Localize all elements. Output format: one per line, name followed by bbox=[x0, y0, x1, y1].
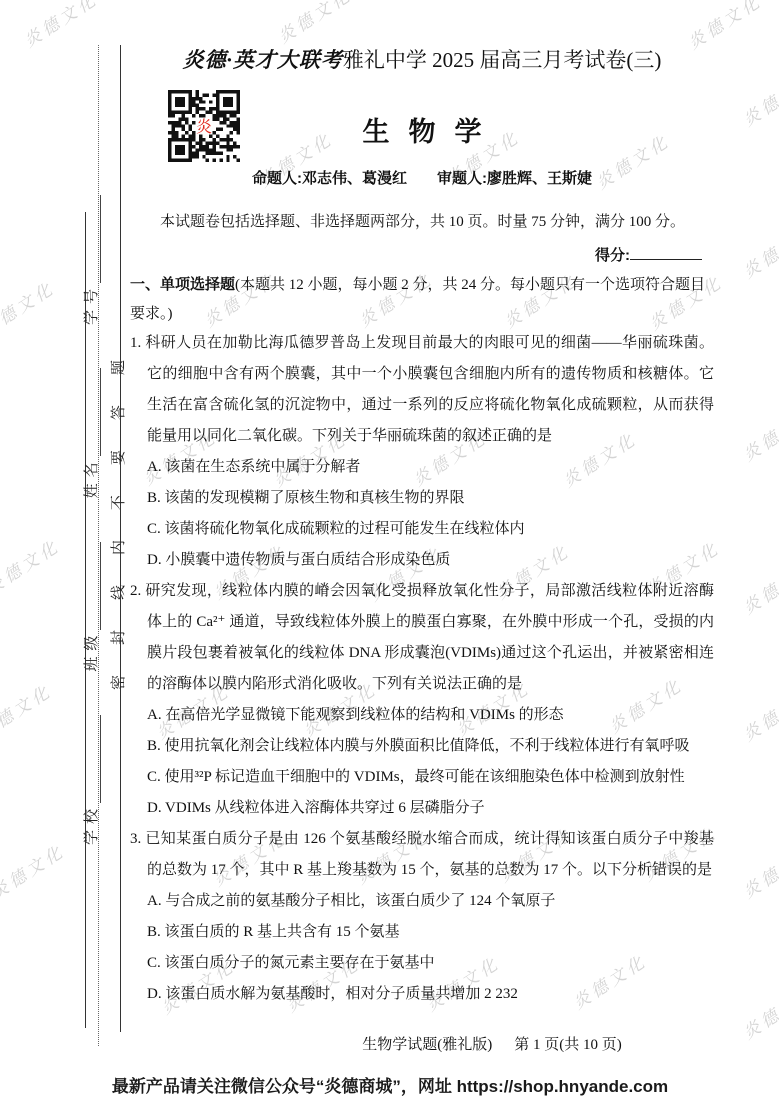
sidebar-fields: 学校班级姓名学号 bbox=[81, 195, 101, 845]
score-blank bbox=[630, 246, 702, 260]
question-number: 2. bbox=[130, 583, 145, 599]
header-title: 炎德·英才大联考雅礼中学 2025 届高三月考试卷(三) bbox=[130, 44, 714, 74]
watermark: 炎德文化 bbox=[737, 836, 780, 903]
watermark: 炎德文化 bbox=[737, 552, 780, 619]
page-footer: 生物学试题(雅礼版)第 1 页(共 10 页) bbox=[130, 1033, 714, 1054]
watermark: 炎德文化 bbox=[272, 0, 356, 48]
page-root: 炎德文化炎德文化炎德文化炎德文化炎德文化炎德文化炎德文化炎德文化炎德文化炎德文化… bbox=[0, 0, 780, 1104]
option: B. 使用抗氧化剂会让线粒体内膜与外膜面积比值降低，不利于线粒体进行有氧呼吸 bbox=[130, 731, 714, 762]
seal-warning-char: 线 bbox=[107, 585, 127, 600]
questions: 1. 科研人员在加勒比海瓜德罗普岛上发现目前最大的肉眼可见的细菌——华丽硫珠菌。… bbox=[130, 328, 714, 1010]
seal-warning-char: 内 bbox=[107, 540, 127, 555]
seal-warning: 密封线内不要答题 bbox=[107, 360, 127, 690]
sidebar-field: 班级 bbox=[80, 542, 101, 672]
option: A. 在高倍光学显微镜下能观察到线粒体的结构和 VDIMs 的形态 bbox=[130, 700, 714, 731]
option: C. 使用³²P 标记造血干细胞中的 VDIMs，最终可能在该细胞染色体中检测到… bbox=[130, 762, 714, 793]
field-blank bbox=[97, 542, 101, 630]
watermark: 炎德文化 bbox=[737, 216, 780, 283]
field-blank bbox=[97, 715, 101, 803]
watermark: 炎德文化 bbox=[0, 274, 59, 341]
field-label: 班级 bbox=[80, 630, 101, 672]
watermark: 炎德文化 bbox=[18, 0, 102, 52]
section-title: 一、单项选择题 bbox=[130, 276, 235, 293]
option: D. 小膜囊中遗传物质与蛋白质结合形成染色质 bbox=[130, 545, 714, 576]
field-blank bbox=[97, 195, 101, 283]
option: A. 该菌在生态系统中属于分解者 bbox=[130, 452, 714, 483]
exam-title: 雅礼中学 2025 届高三月考试卷(三) bbox=[343, 48, 662, 72]
score-label: 得分: bbox=[595, 247, 630, 264]
watermark: 炎德文化 bbox=[737, 399, 780, 466]
field-blank bbox=[97, 368, 101, 456]
question-stem: 3. 已知某蛋白质分子是由 126 个氨基酸经脱水缩合而成，统计得知该蛋白质分子… bbox=[130, 824, 714, 886]
seal-warning-char: 题 bbox=[107, 360, 127, 375]
subject-title: 生物学 bbox=[130, 110, 714, 149]
option: D. 该蛋白质水解为氨基酸时，相对分子质量共增加 2 232 bbox=[130, 979, 714, 1010]
field-label: 学校 bbox=[80, 803, 101, 845]
watermark: 炎德文化 bbox=[737, 679, 780, 746]
seal-warning-char: 不 bbox=[107, 495, 127, 510]
option: B. 该蛋白质的 R 基上共含有 15 个氨基 bbox=[130, 917, 714, 948]
question-stem: 1. 科研人员在加勒比海瓜德罗普岛上发现目前最大的肉眼可见的细菌——华丽硫珠菌。… bbox=[130, 328, 714, 452]
brand-name: 炎德·英才大联考 bbox=[183, 48, 343, 72]
authors-line: 命题人:邓志伟、葛漫红审题人:廖胜辉、王斯婕 bbox=[130, 167, 714, 188]
question-number: 3. bbox=[130, 831, 145, 847]
watermark: 炎德文化 bbox=[737, 977, 780, 1044]
reviewer-label: 审题人:廖胜辉、王斯婕 bbox=[437, 170, 592, 187]
section-header: 一、单项选择题(本题共 12 小题，每小题 2 分，共 24 分。每小题只有一个… bbox=[130, 270, 714, 329]
question-stem: 2. 研究发现，线粒体内膜的嵴会因氧化受损释放氧化性分子，局部激活线粒体附近溶酶… bbox=[130, 576, 714, 700]
score-row: 得分: bbox=[595, 244, 702, 265]
option: C. 该蛋白质分子的氮元素主要存在于氨基中 bbox=[130, 948, 714, 979]
option: B. 该菌的发现模糊了原核生物和真核生物的界限 bbox=[130, 483, 714, 514]
option: A. 与合成之前的氨基酸分子相比，该蛋白质少了 124 个氧原子 bbox=[130, 886, 714, 917]
field-label: 学号 bbox=[80, 283, 101, 325]
seal-warning-char: 封 bbox=[107, 630, 127, 645]
footer-doc-title: 生物学试题(雅礼版) bbox=[362, 1037, 492, 1053]
watermark: 炎德文化 bbox=[0, 837, 69, 904]
field-label: 姓名 bbox=[80, 456, 101, 498]
watermark: 炎德文化 bbox=[0, 677, 56, 744]
seal-warning-char: 答 bbox=[107, 405, 127, 420]
option: C. 该菌将硫化物氧化成硫颗粒的过程可能发生在线粒体内 bbox=[130, 514, 714, 545]
promo-banner: 最新产品请关注微信公众号“炎德商城”，网址 https://shop.hnyan… bbox=[0, 1072, 780, 1097]
seal-warning-char: 密 bbox=[107, 675, 127, 690]
watermark: 炎德文化 bbox=[737, 64, 780, 131]
sidebar-field: 学校 bbox=[80, 715, 101, 845]
sidebar-field: 学号 bbox=[80, 195, 101, 325]
seal-warning-char: 要 bbox=[107, 450, 127, 465]
watermark: 炎德文化 bbox=[0, 532, 64, 599]
question-number: 1. bbox=[130, 335, 145, 351]
option: D. VDIMs 从线粒体进入溶酶体共穿过 6 层磷脂分子 bbox=[130, 793, 714, 824]
exam-info: 本试题卷包括选择题、非选择题两部分，共 10 页。时量 75 分钟，满分 100… bbox=[130, 210, 714, 231]
setter-label: 命题人:邓志伟、葛漫红 bbox=[252, 170, 407, 187]
footer-page-number: 第 1 页(共 10 页) bbox=[514, 1037, 622, 1053]
sidebar-field: 姓名 bbox=[80, 368, 101, 498]
